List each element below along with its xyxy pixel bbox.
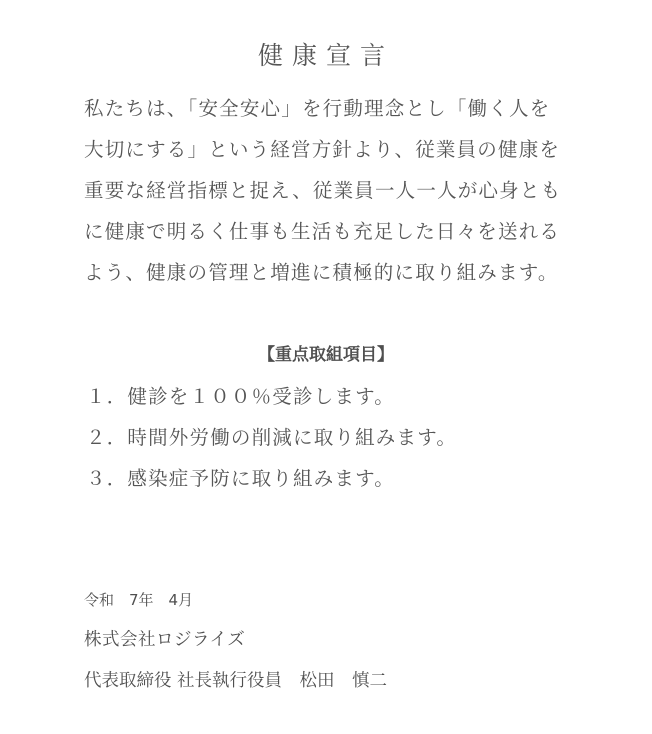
representative-signature: 代表取締役 社長執行役員 松田 慎二 <box>84 668 387 694</box>
body-line: 私たちは、「安全安心」を行動理念とし「働く人を <box>84 88 564 129</box>
focus-items-heading: 【重点取組項目】 <box>0 342 652 368</box>
list-item: ２．時間外労働の削減に取り組みます。 <box>86 417 457 458</box>
declaration-body: 私たちは、「安全安心」を行動理念とし「働く人を 大切にする」という経営方針より、… <box>84 88 564 293</box>
focus-items-list: １．健診を１００％受診します。 ２．時間外労働の削減に取り組みます。 ３．感染症… <box>86 376 457 499</box>
body-line: 重要な経営指標と捉え、従業員一人一人が心身とも <box>84 170 564 211</box>
declaration-date: 令和 7年 4月 <box>84 589 193 611</box>
body-line: よう、健康の管理と増進に積極的に取り組みます。 <box>84 252 564 293</box>
body-line: に健康で明るく仕事も生活も充足した日々を送れる <box>84 211 564 252</box>
company-name: 株式会社ロジライズ <box>84 627 245 653</box>
page-title: 健康宣言 <box>0 38 652 74</box>
list-item: １．健診を１００％受診します。 <box>86 376 457 417</box>
body-line: 大切にする」という経営方針より、従業員の健康を <box>84 129 564 170</box>
list-item: ３．感染症予防に取り組みます。 <box>86 458 457 499</box>
